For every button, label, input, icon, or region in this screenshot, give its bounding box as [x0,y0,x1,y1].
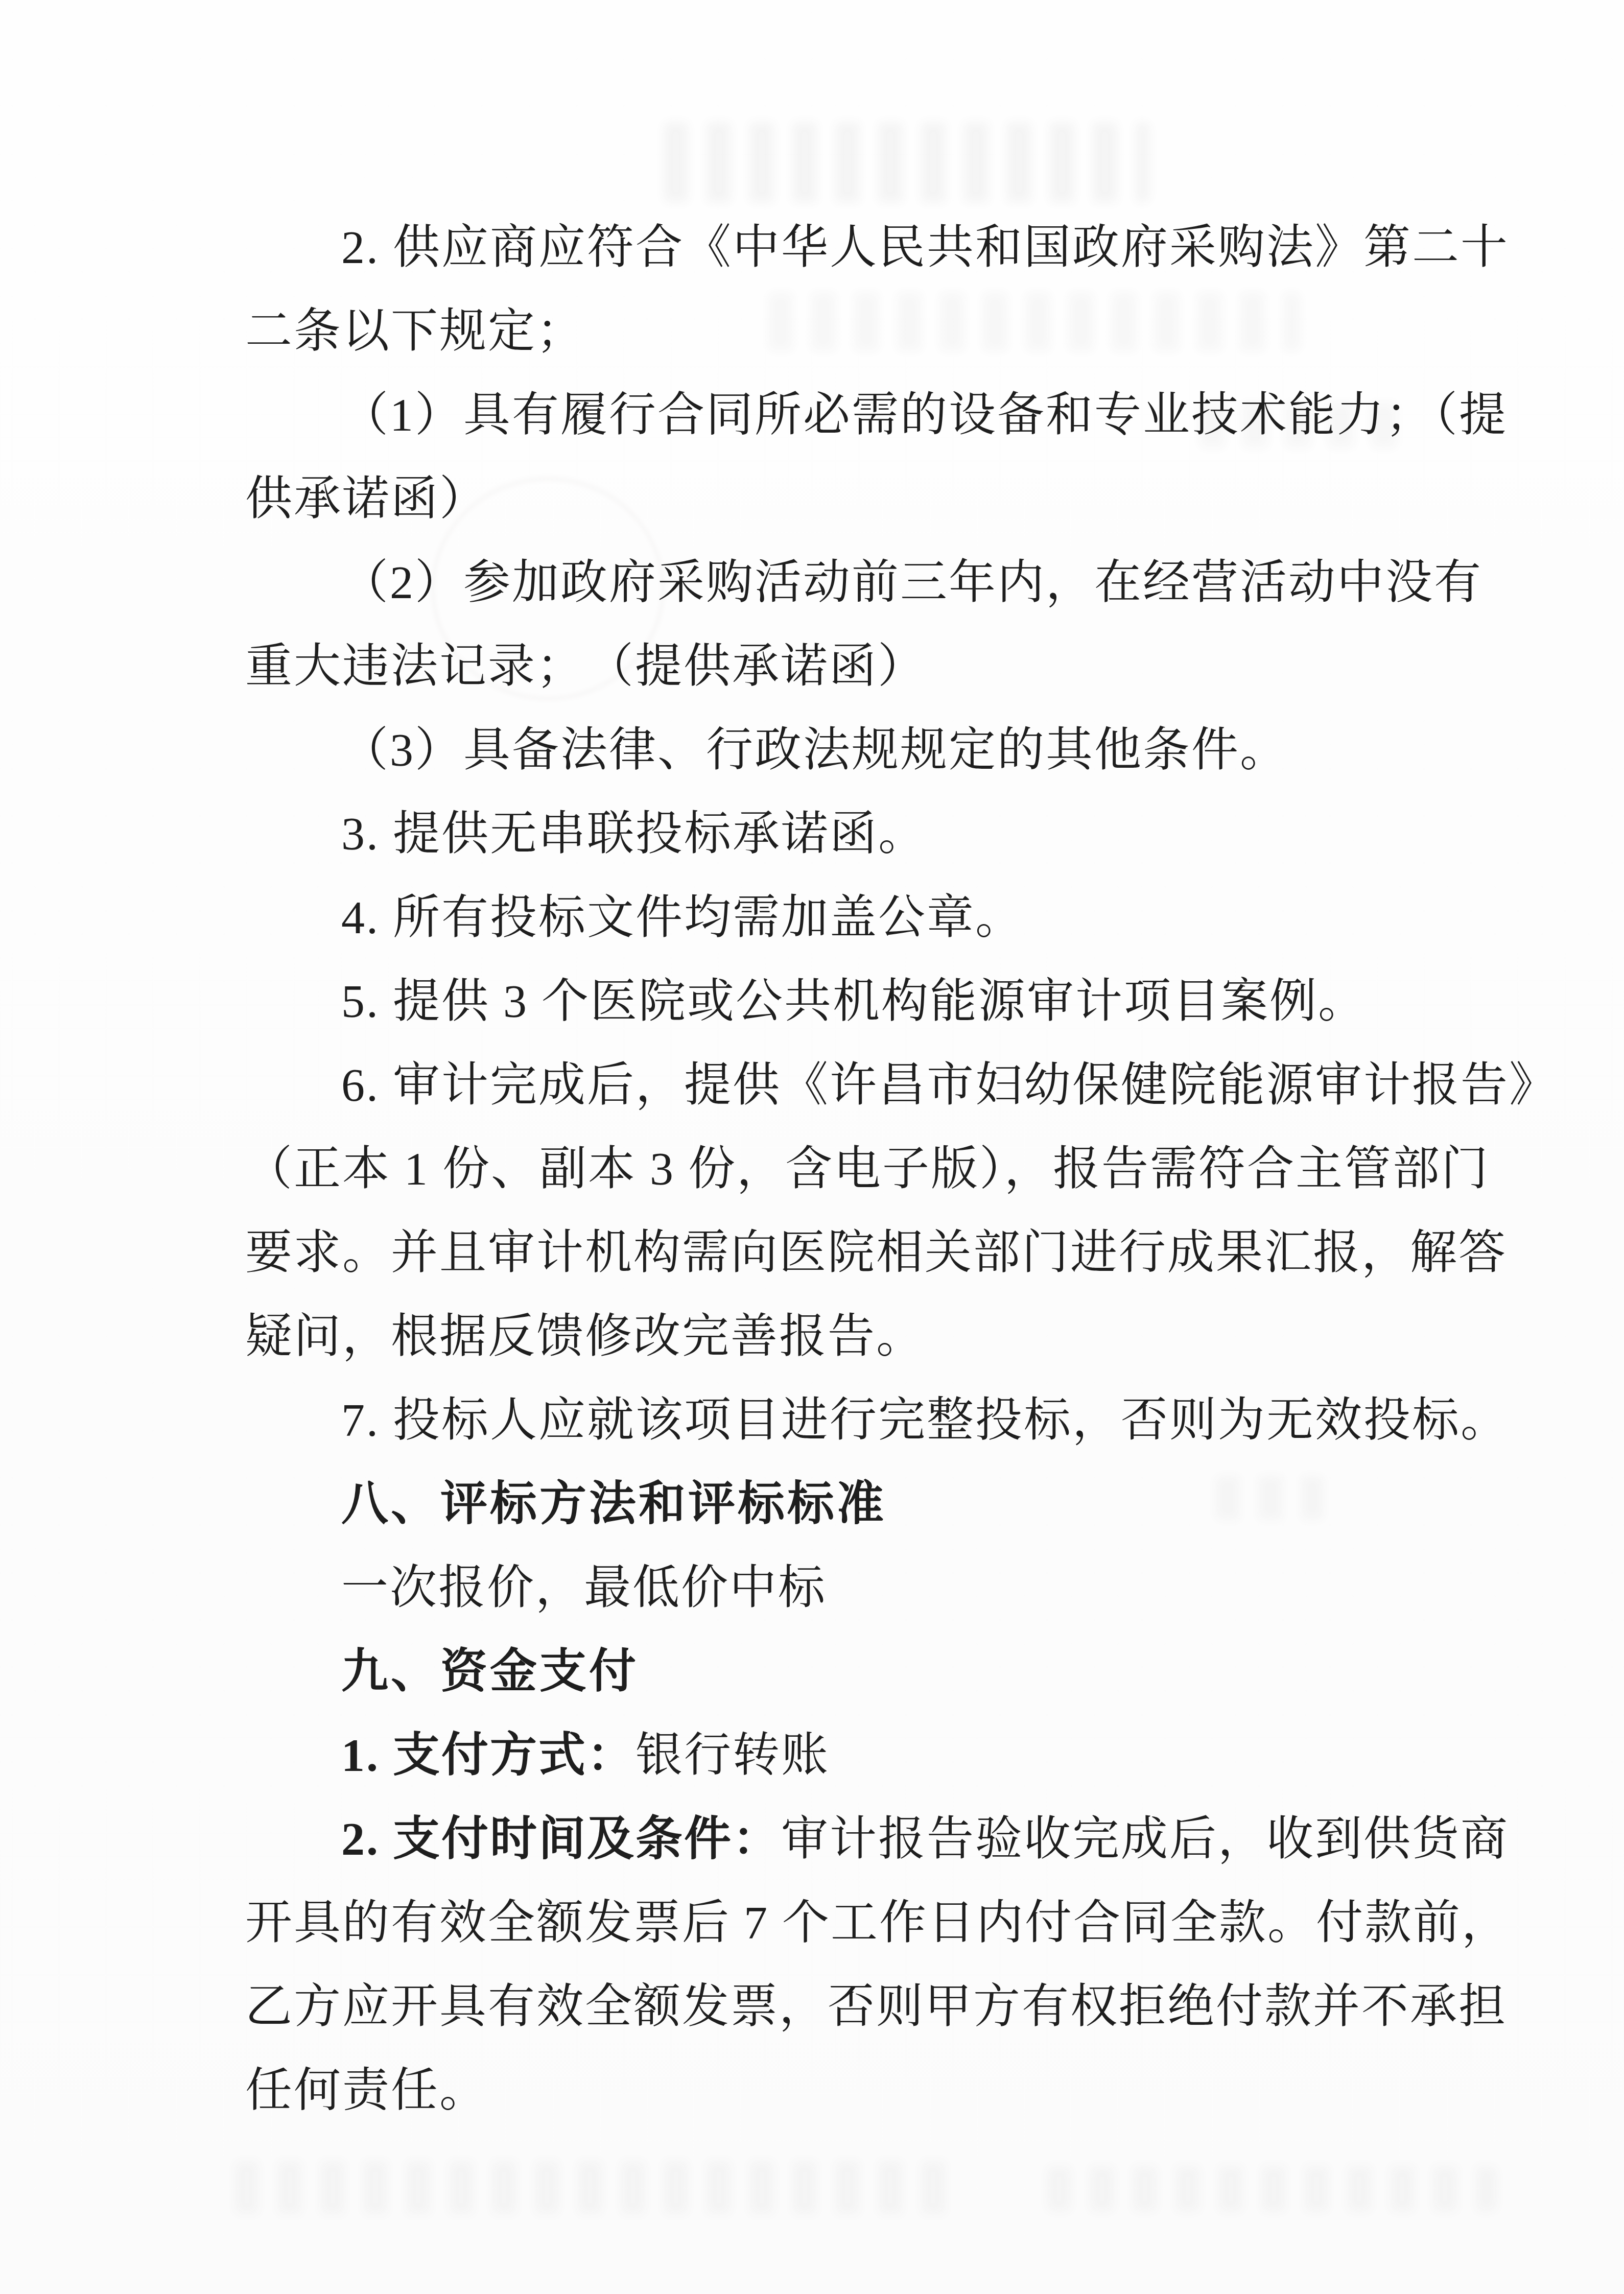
line-text: 乙方应开具有效全额发票，否则甲方有权拒绝付款并不承担 [245,1980,1507,2032]
paragraph-line: 3. 提供无串联投标承诺函。 [245,792,1435,876]
heading-text: 九、资金支付 [341,1645,639,1697]
paragraph-line: 2. 供应商应符合《中华人民共和国政府采购法》第二十 [245,205,1435,289]
line-text: 6. 审计完成后，提供《许昌市妇幼保健院能源审计报告》 [341,1059,1558,1111]
line-text: 5. 提供 3 个医院或公共机构能源审计项目案例。 [341,975,1367,1027]
paragraph-line: 疑问，根据反馈修改完善报告。 [245,1294,1435,1378]
paragraph-line: 要求。并且审计机构需向医院相关部门进行成果汇报，解答 [245,1211,1435,1294]
payment-method-value: 银行转账 [636,1729,830,1781]
payment-method-label: 1. 支付方式： [341,1729,636,1781]
bleed-through-ghost-top [664,123,1149,202]
line-text: （正本 1 份、副本 3 份，含电子版），报告需符合主管部门 [245,1143,1490,1195]
line-text: 要求。并且审计机构需向医院相关部门进行成果汇报，解答 [245,1226,1507,1279]
heading-text: 八、评标方法和评标标准 [341,1478,886,1530]
paragraph-line: 开具的有效全额发票后 7 个工作日内付合同全款。付款前， [245,1881,1435,1965]
paragraph-line: 5. 提供 3 个医院或公共机构能源审计项目案例。 [245,959,1435,1043]
line-text: （2）参加政府采购活动前三年内，在经营活动中没有 [341,556,1482,608]
line-text: 二条以下规定； [245,305,585,357]
bleed-through-ghost-bottom-left [235,2161,966,2214]
bleed-through-ghost-bottom-right [1047,2166,1497,2212]
paragraph-line: （1）具有履行合同所必需的设备和专业技术能力；（提 [245,373,1435,457]
section-heading-payment: 九、资金支付 [245,1629,1435,1713]
line-text: （1）具有履行合同所必需的设备和专业技术能力；（提 [341,389,1508,441]
section-heading-evaluation: 八、评标方法和评标标准 [245,1462,1435,1546]
payment-terms-label: 2. 支付时间及条件： [341,1813,781,1865]
paragraph-line: 2. 支付时间及条件：审计报告验收完成后，收到供货商 [245,1797,1435,1881]
paragraph-line: 二条以下规定； [245,289,1435,373]
line-text: 供承诺函） [245,472,488,525]
paragraph-line: 任何责任。 [245,2048,1435,2132]
paragraph-line: （3）具备法律、行政法规规定的其他条件。 [245,708,1435,792]
paragraph-line: 7. 投标人应就该项目进行完整投标，否则为无效投标。 [245,1378,1435,1462]
line-text: （3）具备法律、行政法规规定的其他条件。 [341,724,1288,776]
paragraph-line: 4. 所有投标文件均需加盖公章。 [245,876,1435,959]
line-text: 重大违法记录； （提供承诺函） [245,640,926,692]
paragraph-line: 乙方应开具有效全额发票，否则甲方有权拒绝付款并不承担 [245,1965,1435,2048]
line-text: 任何责任。 [245,2064,488,2116]
paragraph-line: 一次报价，最低价中标 [245,1546,1435,1629]
line-text: 3. 提供无串联投标承诺函。 [341,808,927,860]
paragraph-line: （正本 1 份、副本 3 份，含电子版），报告需符合主管部门 [245,1127,1435,1211]
line-text: 2. 供应商应符合《中华人民共和国政府采购法》第二十 [341,221,1509,273]
line-text: 开具的有效全额发票后 7 个工作日内付合同全款。付款前， [245,1897,1510,1949]
paragraph-line: （2）参加政府采购活动前三年内，在经营活动中没有 [245,540,1435,624]
scanned-document-page: { "page": { "background": "#fdfdfd", "te… [0,0,1624,2294]
paragraph-line: 重大违法记录； （提供承诺函） [245,624,1435,708]
paragraph-line: 1. 支付方式：银行转账 [245,1713,1435,1797]
line-text: 疑问，根据反馈修改完善报告。 [245,1310,925,1362]
payment-terms-value: 审计报告验收完成后，收到供货商 [781,1813,1509,1865]
paragraph-line: 供承诺函） [245,457,1435,540]
line-text: 一次报价，最低价中标 [341,1562,827,1614]
paragraph-line: 6. 审计完成后，提供《许昌市妇幼保健院能源审计报告》 [245,1043,1435,1127]
document-body: 2. 供应商应符合《中华人民共和国政府采购法》第二十 二条以下规定； （1）具有… [245,205,1435,2132]
line-text: 7. 投标人应就该项目进行完整投标，否则为无效投标。 [341,1394,1509,1446]
line-text: 4. 所有投标文件均需加盖公章。 [341,891,1024,943]
